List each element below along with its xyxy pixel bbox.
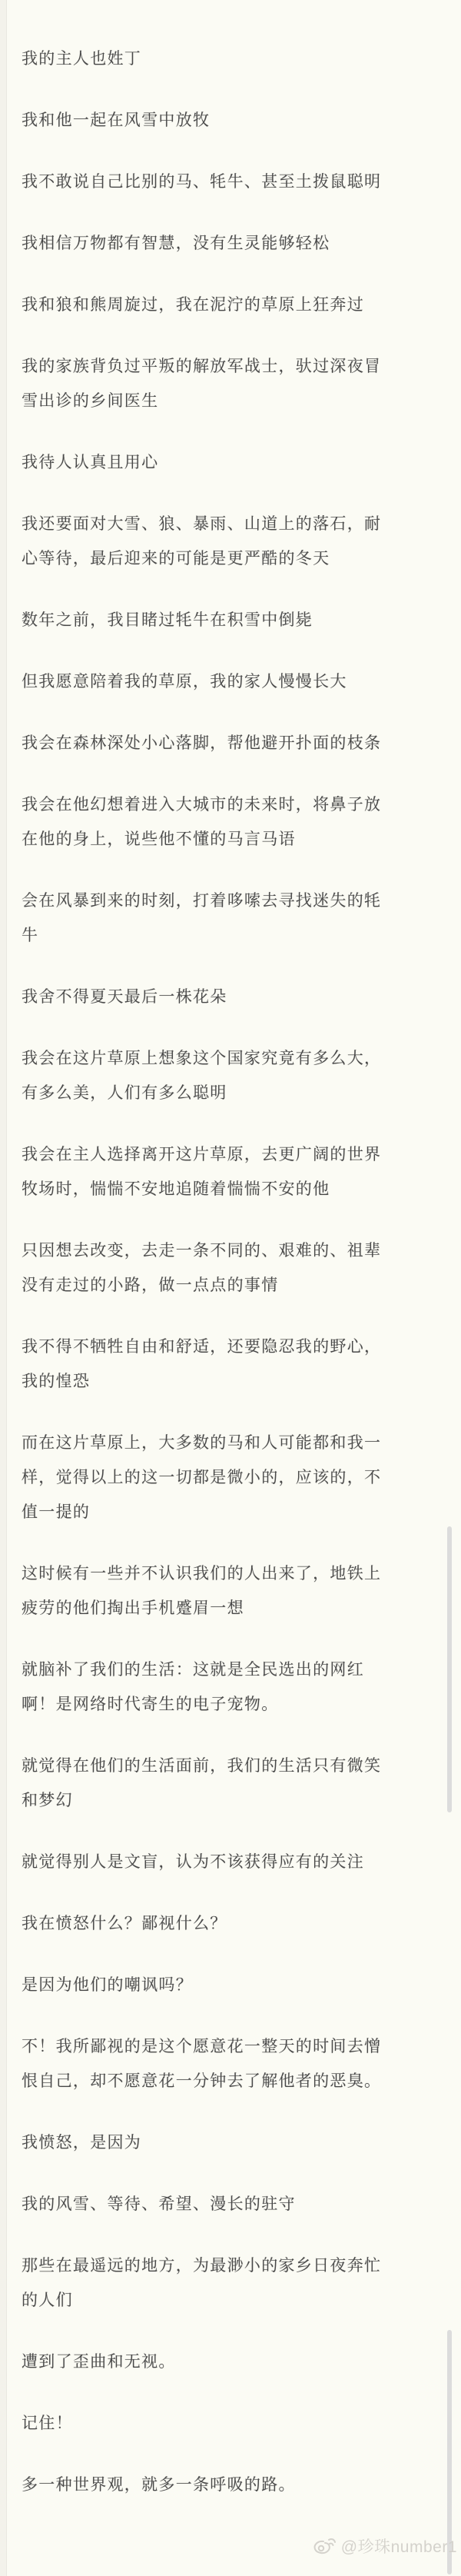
paragraph: 我和他一起在风雪中放牧 bbox=[22, 103, 430, 138]
article-text: 我的主人也姓丁我和他一起在风雪中放牧我不敢说自己比别的马、牦牛、甚至土拨鼠聪明我… bbox=[0, 0, 461, 2529]
scrollbar-thumb-upper[interactable] bbox=[447, 1526, 452, 1812]
paragraph: 我不敢说自己比别的马、牦牛、甚至土拨鼠聪明 bbox=[22, 165, 430, 199]
weibo-logo-icon bbox=[312, 2536, 337, 2556]
paragraph: 我在愤怒什么？鄙视什么？ bbox=[22, 1906, 430, 1941]
paragraph: 就脑补了我们的生活：这就是全民选出的网红 啊！是网络时代寄生的电子宠物。 bbox=[22, 1652, 430, 1722]
paragraph: 只因想去改变，去走一条不同的、艰难的、祖辈 没有走过的小路，做一点点的事情 bbox=[22, 1233, 430, 1303]
paragraph: 我会在森林深处小心落脚，帮他避开扑面的枝条 bbox=[22, 726, 430, 760]
paragraph: 这时候有一些并不认识我们的人出来了，地铁上 疲劳的他们掏出手机蹙眉一想 bbox=[22, 1556, 430, 1626]
paragraph: 不！我所鄙视的是这个愿意花一整天的时间去憎 恨自己，却不愿意花一分钟去了解他者的… bbox=[22, 2029, 430, 2098]
paragraph: 我待人认真且用心 bbox=[22, 445, 430, 480]
paragraph: 我会在这片草原上想象这个国家究竟有多么大， 有多么美，人们有多么聪明 bbox=[22, 1041, 430, 1110]
paragraph: 我的家族背负过平叛的解放军战士，驮过深夜冒 雪出诊的乡间医生 bbox=[22, 349, 430, 418]
paragraph: 我还要面对大雪、狼、暴雨、山道上的落石，耐 心等待，最后迎来的可能是更严酷的冬天 bbox=[22, 507, 430, 576]
paragraph: 我的主人也姓丁 bbox=[22, 42, 430, 76]
watermark-handle: @珍珠number1 bbox=[341, 2534, 457, 2558]
paragraph: 我舍不得夏天最后一株花朵 bbox=[22, 980, 430, 1014]
paragraph: 那些在最遥远的地方，为最渺小的家乡日夜奔忙 的人们 bbox=[22, 2248, 430, 2318]
paragraph: 但我愿意陪着我的草原，我的家人慢慢长大 bbox=[22, 664, 430, 699]
paragraph: 我会在主人选择离开这片草原，去更广阔的世界 牧场时，惴惴不安地追随着惴惴不安的他 bbox=[22, 1137, 430, 1206]
watermark: @珍珠number1 bbox=[312, 2534, 457, 2558]
paragraph: 我和狼和熊周旋过，我在泥泞的草原上狂奔过 bbox=[22, 288, 430, 322]
paragraph: 多一种世界观，就多一条呼吸的路。 bbox=[22, 2468, 430, 2502]
paragraph: 我会在他幻想着进入大城市的未来时，将鼻子放 在他的身上，说些他不懂的马言马语 bbox=[22, 787, 430, 857]
paragraph: 而在这片草原上，大多数的马和人可能都和我一 样，觉得以上的这一切都是微小的，应该… bbox=[22, 1426, 430, 1529]
paragraph: 我相信万物都有智慧，没有生灵能够轻松 bbox=[22, 226, 430, 261]
paragraph: 遭到了歪曲和无视。 bbox=[22, 2345, 430, 2379]
paragraph: 是因为他们的嘲讽吗？ bbox=[22, 1968, 430, 2002]
paragraph: 就觉得别人是文盲，认为不该获得应有的关注 bbox=[22, 1845, 430, 1879]
paragraph: 就觉得在他们的生活面前，我们的生活只有微笑 和梦幻 bbox=[22, 1749, 430, 1818]
paragraph: 我不得不牺牲自由和舒适，还要隐忍我的野心， 我的惶恐 bbox=[22, 1330, 430, 1399]
paragraph: 我的风雪、等待、希望、漫长的驻守 bbox=[22, 2187, 430, 2222]
paragraph: 我愤怒，是因为 bbox=[22, 2125, 430, 2160]
paragraph: 记住！ bbox=[22, 2406, 430, 2441]
paragraph: 数年之前，我目睹过牦牛在积雪中倒毙 bbox=[22, 603, 430, 637]
paragraph: 会在风暴到来的时刻，打着哆嗦去寻找迷失的牦 牛 bbox=[22, 884, 430, 953]
